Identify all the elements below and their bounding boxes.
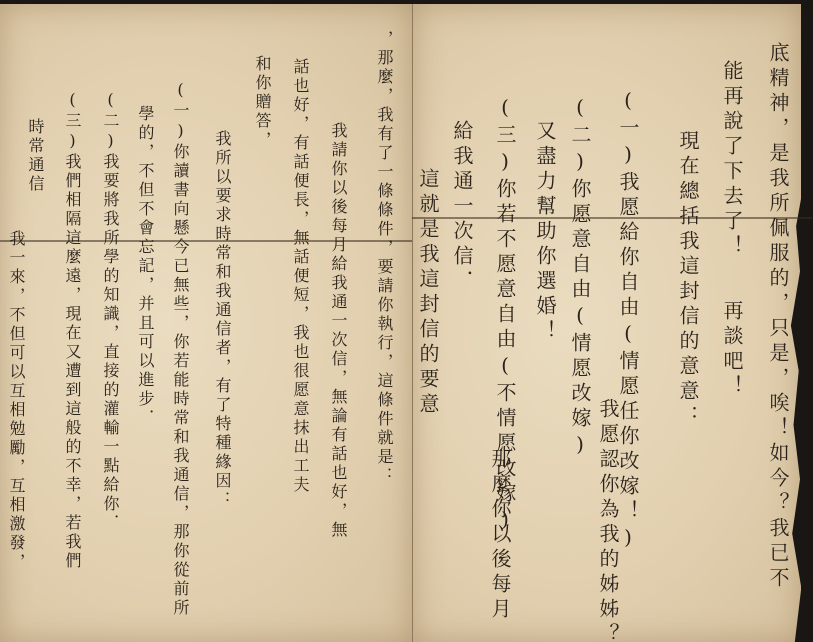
left-col-11: 我一來，不但可以互相勉勵，互相激發， bbox=[8, 230, 24, 572]
left-col-1: ，那麼，我有了一條條件，要請你執行，這條件就是： bbox=[376, 30, 392, 486]
left-col-6: (一)你讀書向懸今已無些，你若能時常和我通信，那你從前所 bbox=[172, 80, 188, 618]
right-col-10: 那麼你以後每月 bbox=[490, 448, 510, 623]
right-col-1: 底精神，是我所佩服的，只是，唉！如今？我已不 bbox=[768, 42, 788, 592]
right-col-8: 又盡力幫助你選婚！ bbox=[535, 120, 555, 345]
left-col-3: 話也好，有話便長，無話便短，我也很愿意抹出工夫 bbox=[292, 58, 308, 495]
left-col-4: 和你贈答， bbox=[254, 55, 270, 150]
left-col-8: (二)我要將我所學的知識，直接的灌輸一點給你． bbox=[102, 90, 118, 533]
fold-crease-left bbox=[0, 240, 412, 242]
left-letter-page bbox=[0, 4, 412, 642]
left-col-10: 時常通信 bbox=[27, 118, 43, 194]
right-col-7: (二)你愿意自由(情愿改嫁) bbox=[570, 95, 590, 461]
left-col-2: 我請你以後每月給我通一次信，無論有話也好，無 bbox=[330, 122, 346, 540]
right-col-4: 現在總括我這封信的意意： bbox=[678, 130, 698, 430]
right-col-5: (一)我愿給你自由(情愿任你改嫁！) bbox=[618, 88, 638, 554]
right-col-3: 再談吧！ bbox=[722, 300, 742, 400]
right-col-11: 給我通一次信． bbox=[452, 120, 472, 295]
right-col-2: 能再說了下去了！ bbox=[722, 60, 742, 260]
left-col-5: 我所以要求時常和我通信者，有了特種緣因： bbox=[214, 130, 230, 510]
left-col-7: 學的，不但不會忘記，并且可以進步． bbox=[137, 105, 153, 428]
left-col-9: (三)我們相隔這麼遠，現在又遭到這般的不幸，若我們 bbox=[64, 90, 80, 571]
right-col-6: 我愿認你為我的姊姊？ bbox=[598, 398, 618, 642]
right-col-12: 這就是我這封信的要意 bbox=[418, 168, 438, 418]
